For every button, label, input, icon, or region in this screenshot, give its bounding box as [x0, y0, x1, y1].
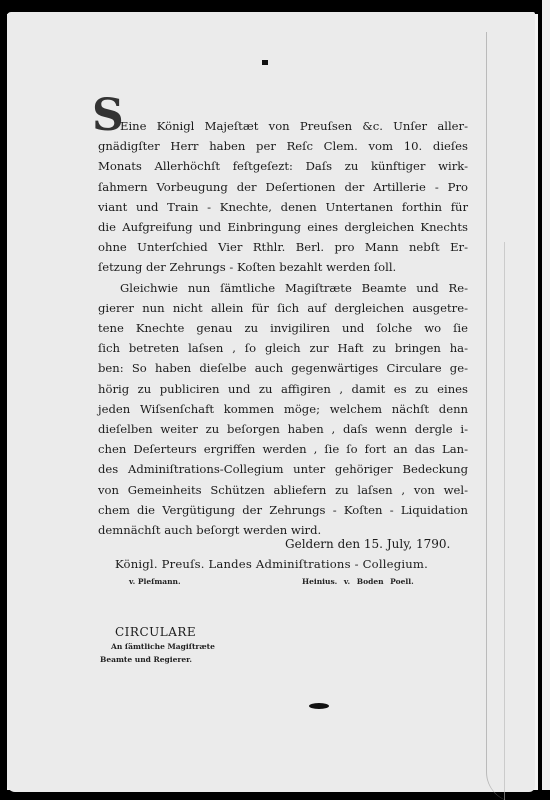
text-line: chem die Vergütigung der Zehrungs - Koſt…: [98, 500, 468, 520]
ink-blot-bottom: [309, 703, 329, 709]
document-body: Eine Königl Majeſtæt von Preuſsen &c. Un…: [98, 116, 468, 540]
text-line: jeden Wiſsenſchaft kommen möge; welchem …: [98, 399, 468, 419]
text-line: die Aufgreifung und Einbringung eines de…: [98, 217, 468, 237]
text-line: von Gemeinheits Schützen abliefern zu la…: [98, 480, 468, 500]
text-line: viant und Train - Knechte, denen Unterta…: [98, 197, 468, 217]
scan-frame: S Eine Königl Majeſtæt von Preuſsen &c. …: [0, 0, 550, 800]
text-line: Eine Königl Majeſtæt von Preuſsen &c. Un…: [98, 116, 468, 136]
paper-fold-line: [486, 32, 517, 800]
signature-left: v. Pleſmann.: [129, 577, 181, 586]
text-line: chen Deſerteurs ergriffen werden , ſie ſ…: [98, 439, 468, 459]
text-line: gnädigſter Herr haben per Reſc Clem. vom…: [98, 136, 468, 156]
text-line: ſetzung der Zehrungs - Koſten bezahlt we…: [98, 257, 468, 277]
text-line: ſahmern Vorbeugung der Deſertionen der A…: [98, 177, 468, 197]
text-line: des Adminiſtrations-Collegium unter gehö…: [98, 459, 468, 479]
text-line: tene Knechte genau zu invigiliren und ſo…: [98, 318, 468, 338]
text-line: ſich betreten laſsen , ſo gleich zur Haf…: [98, 338, 468, 358]
circular-recipients-line-1: An ſämtliche Magiſtræte: [111, 642, 215, 651]
scan-border-left: [0, 0, 7, 800]
text-line: Monats Allerhöchſt feſtgeſezt: Daſs zu k…: [98, 156, 468, 176]
paragraph-2: Gleichwie nun ſämtliche Magiſtræte Beamt…: [98, 278, 468, 541]
circular-title: CIRCULARE: [115, 625, 196, 639]
text-line: dieſelben weiter zu beſorgen haben , daſ…: [98, 419, 468, 439]
date-line: Geldern den 15. July, 1790.: [285, 537, 450, 551]
text-line: gierer nun nicht allein für ſich auf der…: [98, 298, 468, 318]
paragraph-1: Eine Königl Majeſtæt von Preuſsen &c. Un…: [98, 116, 468, 278]
signature-organization: Königl. Preuſs. Landes Adminiſtrations -…: [115, 557, 428, 571]
text-line: ohne Unterſchied Vier Rthlr. Berl. pro M…: [98, 237, 468, 257]
paper-fold-line-inner: [504, 242, 507, 800]
signature-right: Heinius. v. Boden Poell.: [302, 577, 414, 586]
scan-margin-right: [542, 0, 550, 800]
text-line: ben: So haben dieſelbe auch gegenwärtige…: [98, 358, 468, 378]
text-line: hörig zu publiciren und zu affigiren , d…: [98, 379, 468, 399]
text-line: Gleichwie nun ſämtliche Magiſtræte Beamt…: [98, 278, 468, 298]
circular-recipients-line-2: Beamte und Regierer.: [100, 655, 192, 664]
ink-blot-top: [262, 60, 268, 65]
